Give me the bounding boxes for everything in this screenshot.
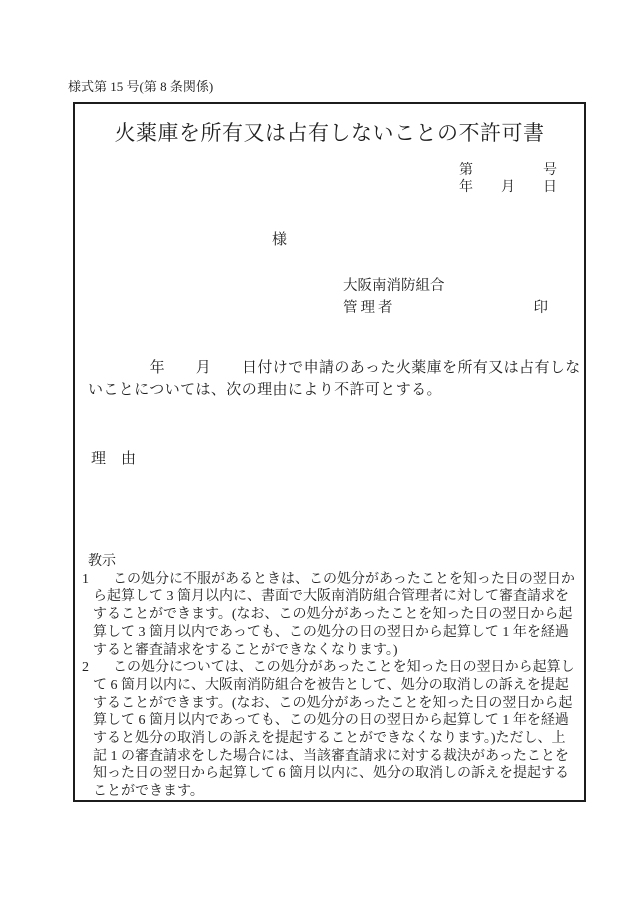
instruction-line: 算して 6 箇月以内であっても、この処分の日の翌日から起算して 1 年を経過 (93, 712, 578, 730)
instruction-line: 算して 3 箇月以内であっても、この処分の日の翌日から起算して 1 年を経過 (93, 624, 578, 642)
seal-mark: 印 (534, 297, 549, 319)
sender-title-row: 管理者 印 (343, 297, 548, 319)
sender-title: 管理者 (343, 297, 396, 319)
statement-line-1: 年 月 日付けで申請のあった火薬庫を所有又は占有しな (88, 357, 580, 379)
instruction-item-1-lines: この処分に不服があるときは、この処分があったことを知った日の翌日から起算して 3… (93, 571, 578, 660)
instruction-line: ら起算して 3 箇月以内に、書面で大阪南消防組合管理者に対して審査請求を (93, 588, 578, 606)
instruction-line: することができます。(なお、この処分があったことを知った日の翌日から起 (93, 606, 578, 624)
instruction-line: すると処分の取消しの訴えを提起することができなくなります。)ただし、上 (93, 730, 578, 748)
instruction-line: て 6 箇月以内に、大阪南消防組合を被告として、処分の取消しの訴えを提起 (93, 677, 578, 695)
instruction-item-1-number: 1 (82, 571, 89, 589)
instruction-line: 知った日の翌日から起算して 6 箇月以内に、処分の取消しの訴えを提起する (93, 765, 578, 783)
document-date-line: 年 月 日 (459, 179, 557, 196)
instruction-line: この処分については、この処分があったことを知った日の翌日から起算し (93, 659, 578, 677)
instructions-section: 教示 1 この処分に不服があるときは、この処分があったことを知った日の翌日から起… (82, 553, 578, 801)
form-number-label: 様式第 15 号(第 8 条関係) (68, 79, 213, 94)
main-statement: 年 月 日付けで申請のあった火薬庫を所有又は占有しな いことについては、次の理由… (88, 357, 580, 401)
statement-line-2: いことについては、次の理由により不許可とする。 (88, 379, 580, 401)
reason-label: 理 由 (91, 447, 136, 468)
instruction-item-2-number: 2 (82, 659, 89, 677)
instruction-item-1: 1 この処分に不服があるときは、この処分があったことを知った日の翌日から起算して… (82, 571, 578, 660)
instruction-line: することができます。(なお、この処分があったことを知った日の翌日から起 (93, 695, 578, 713)
document-border-box: 火薬庫を所有又は占有しないことの不許可書 第 号 年 月 日 様 大阪南消防組合… (73, 102, 586, 802)
sender-block: 大阪南消防組合 管理者 印 (343, 275, 548, 319)
instruction-item-2: 2 この処分については、この処分があったことを知った日の翌日から起算して 6 箇… (82, 659, 578, 801)
sender-organization: 大阪南消防組合 (343, 275, 548, 297)
document-number-line: 第 号 (459, 162, 557, 179)
document-title: 火薬庫を所有又は占有しないことの不許可書 (75, 117, 584, 147)
instruction-line: ことができます。 (93, 783, 578, 801)
addressee-suffix: 様 (272, 228, 287, 249)
document-page: 様式第 15 号(第 8 条関係) 火薬庫を所有又は占有しないことの不許可書 第… (0, 0, 630, 903)
instruction-line: 記 1 の審査請求をした場合には、当該審査請求に対する裁決があったことを (93, 748, 578, 766)
instructions-heading: 教示 (88, 553, 578, 571)
instruction-line: この処分に不服があるときは、この処分があったことを知った日の翌日か (93, 571, 578, 589)
instruction-line: すると審査請求をすることができなくなります。) (93, 642, 578, 660)
instruction-item-2-lines: この処分については、この処分があったことを知った日の翌日から起算して 6 箇月以… (93, 659, 578, 801)
